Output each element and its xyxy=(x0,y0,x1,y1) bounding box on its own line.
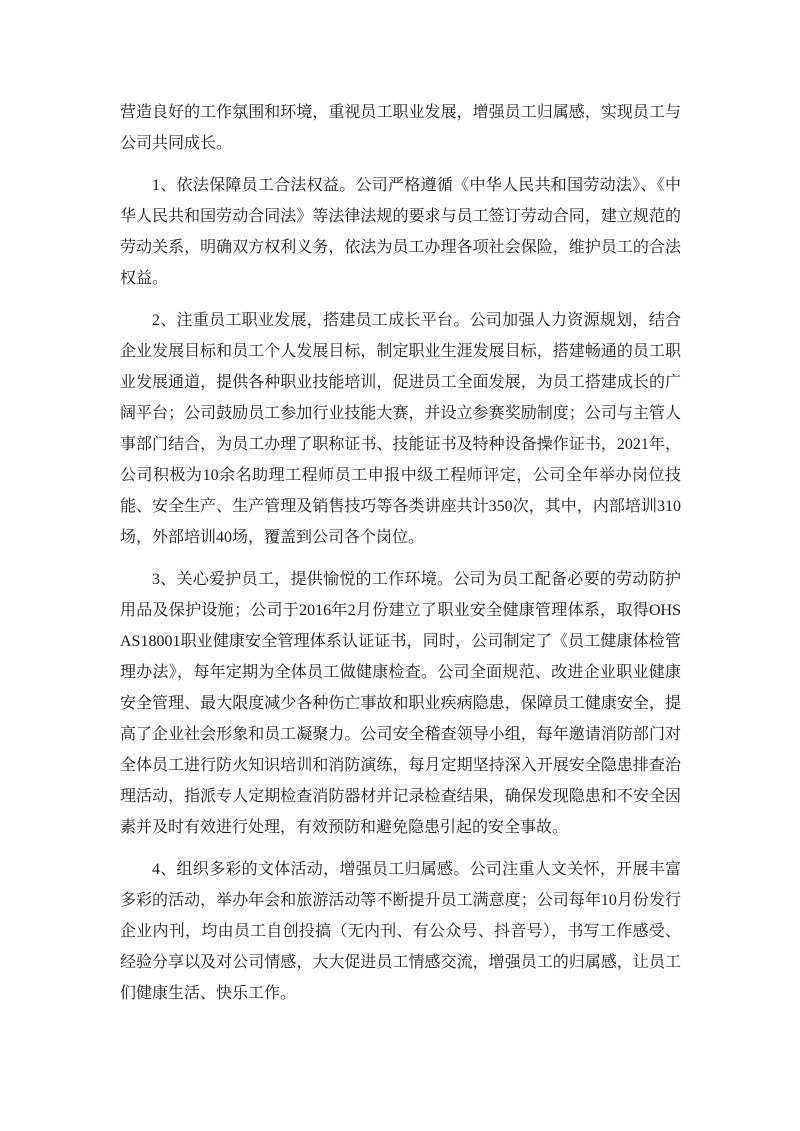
paragraph-item-4: 4、组织多彩的文体活动，增强员工归属感。公司注重人文关怀，开展丰富多彩的活动，举… xyxy=(120,854,681,1009)
paragraph-item-1: 1、依法保障员工合法权益。公司严格遵循《中华人民共和国劳动法》、《中华人民共和国… xyxy=(120,170,681,294)
paragraph-item-3: 3、关心爱护员工，提供愉悦的工作环境。公司为员工配备必要的劳动防护用品及保护设施… xyxy=(120,564,681,843)
paragraph-item-2: 2、注重员工职业发展，搭建员工成长平台。公司加强人力资源规划，结合企业发展目标和… xyxy=(120,305,681,553)
document-page: 营造良好的工作氛围和环境，重视员工职业发展，增强员工归属感，实现员工与公司共同成… xyxy=(0,0,800,1131)
paragraph-intro-continuation: 营造良好的工作氛围和环境，重视员工职业发展，增强员工归属感，实现员工与公司共同成… xyxy=(120,97,681,159)
